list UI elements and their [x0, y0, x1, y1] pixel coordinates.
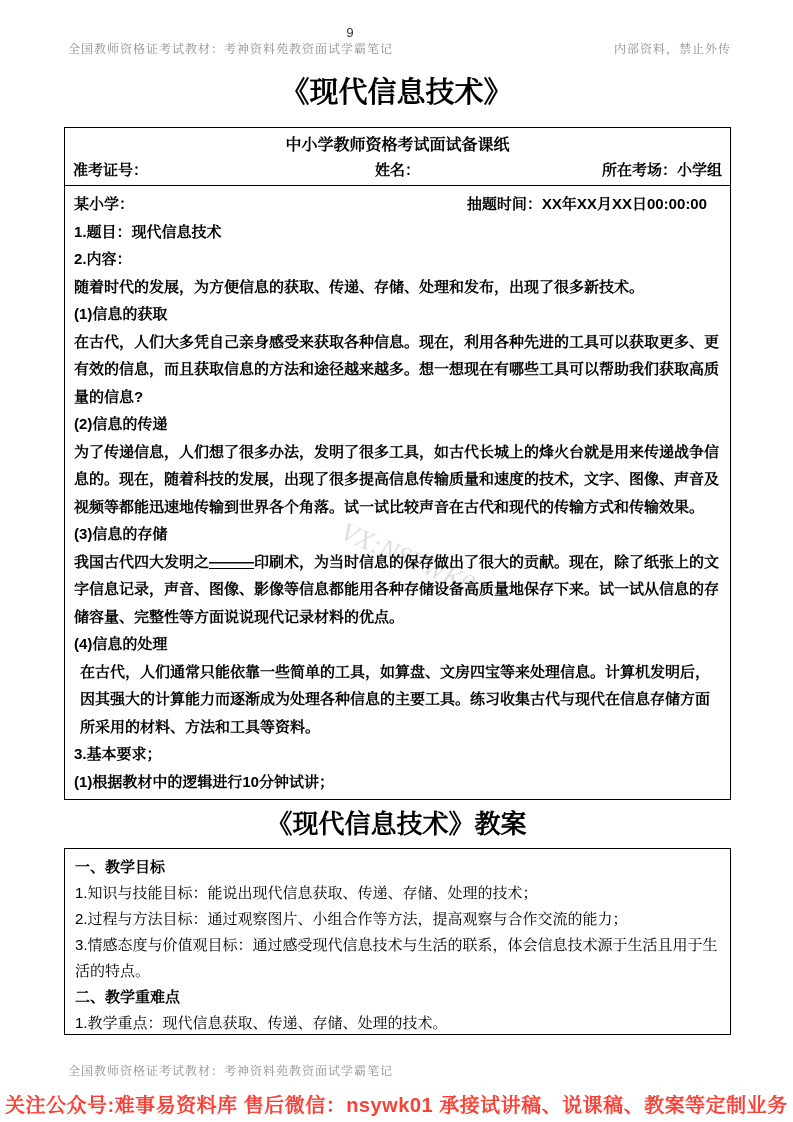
paragraph: (4)信息的处理 [74, 631, 721, 659]
venue-label: 所在考场：小学组 [506, 160, 722, 182]
header-left-text: 全国教师资格证考试教材：考神资料苑教资面试学霸笔记 [68, 40, 393, 57]
paragraph: 在古代，人们大多凭自己亲身感受来获取各种信息。现在，利用各种先进的工具可以获取更… [74, 329, 721, 412]
paragraph: 一、教学目标 [75, 855, 720, 881]
prep-sheet-fields-row: 准考证号： 姓名： 所在考场：小学组 [73, 160, 722, 182]
paragraph: 1.知识与技能目标：能说出现代信息获取、传递、存储、处理的技术； [75, 881, 720, 907]
paragraph: 二、教学重难点 [75, 985, 720, 1011]
paragraph: 我国古代四大发明之———印刷术，为当时信息的保存做出了很大的贡献。现在，除了纸张… [74, 549, 721, 632]
paragraph: 为了传递信息，人们想了很多办法，发明了很多工具，如古代长城上的烽火台就是用来传递… [74, 439, 721, 522]
prep-sheet-table: 中小学教师资格考试面试备课纸 准考证号： 姓名： 所在考场：小学组 某小学： 抽… [64, 127, 731, 800]
paragraph: (1)信息的获取 [74, 301, 721, 329]
paragraph: 1.题目：现代信息技术 [74, 219, 721, 247]
document-page: 9 全国教师资格证考试教材：考神资料苑教资面试学霸笔记 内部资料，禁止外传 《现… [0, 0, 793, 1122]
draw-time-label: 抽题时间：XX年XX月XX日00:00:00 [467, 191, 721, 219]
school-row: 某小学： 抽题时间：XX年XX月XX日00:00:00 [74, 191, 721, 219]
paragraph: 1.教学重点：现代信息获取、传递、存储、处理的技术。 [75, 1011, 720, 1035]
page-header: 全国教师资格证考试教材：考神资料苑教资面试学霸笔记 内部资料，禁止外传 [68, 40, 731, 57]
paragraph: 在古代，人们通常只能依靠一些简单的工具，如算盘、文房四宝等来处理信息。计算机发明… [74, 659, 721, 742]
lesson-plan-content: 一、教学目标1.知识与技能目标：能说出现代信息获取、传递、存储、处理的技术；2.… [75, 855, 720, 1035]
page-footer: 全国教师资格证考试教材：考神资料苑教资面试学霸笔记 [68, 1062, 393, 1079]
paragraph: 3.基本要求； [74, 741, 721, 769]
paragraph: (2)信息的传递 [74, 411, 721, 439]
paragraph: 3.情感态度与价值观目标：通过感受现代信息技术与生活的联系，体会信息技术源于生活… [75, 933, 720, 985]
paragraph: 2.内容： [74, 246, 721, 274]
doc-title: 《现代信息技术》 [0, 74, 793, 112]
paragraph: (1)根据教材中的逻辑进行10分钟试讲； [74, 769, 721, 797]
paragraph: 2.过程与方法目标：通过观察图片、小组合作等方法，提高观察与合作交流的能力； [75, 907, 720, 933]
school-label: 某小学： [74, 191, 134, 219]
prep-sheet-body: 某小学： 抽题时间：XX年XX月XX日00:00:00 1.题目：现代信息技术2… [65, 186, 730, 800]
lesson-plan-table: 一、教学目标1.知识与技能目标：能说出现代信息获取、传递、存储、处理的技术；2.… [64, 848, 731, 1035]
name-label: 姓名： [289, 160, 505, 182]
prep-sheet-title: 中小学教师资格考试面试备课纸 [73, 135, 722, 157]
page-number: 9 [0, 25, 700, 40]
promo-banner: 关注公众号:难事易资料库 售后微信：nsywk01 承接试讲稿、说课稿、教案等定… [5, 1089, 790, 1118]
lesson-plan-title: 《现代信息技术》教案 [0, 806, 793, 842]
paragraph: (2)学生能掌握现代信息技术四个内容，有过程性评价； [74, 796, 721, 800]
prep-sheet-header: 中小学教师资格考试面试备课纸 准考证号： 姓名： 所在考场：小学组 [65, 128, 730, 186]
paragraph: 随着时代的发展，为方便信息的获取、传递、存储、处理和发布，出现了很多新技术。 [74, 274, 721, 302]
admission-no-label: 准考证号： [73, 160, 289, 182]
paragraph: (3)信息的存储 [74, 521, 721, 549]
header-right-text: 内部资料，禁止外传 [614, 40, 731, 57]
prep-content: 1.题目：现代信息技术2.内容：随着时代的发展，为方便信息的获取、传递、存储、处… [74, 219, 721, 801]
